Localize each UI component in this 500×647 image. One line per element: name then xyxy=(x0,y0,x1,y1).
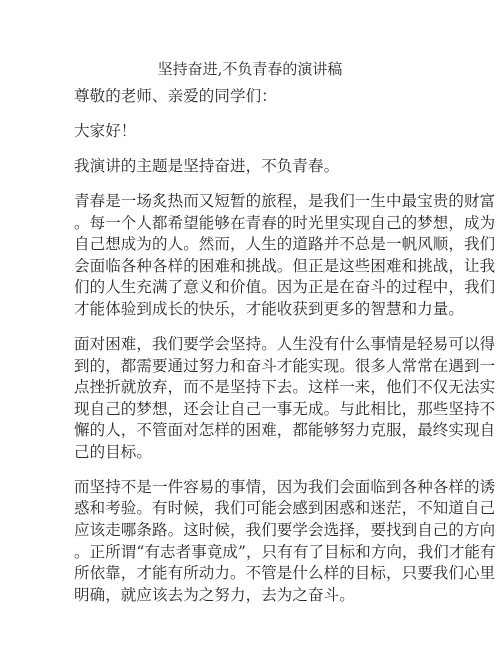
text-line: 点挫折就放弃，而不是坚持下去。这样一来，他们不仅无法实 xyxy=(74,377,430,399)
paragraph-salutation: 尊敬的老师、亲爱的同学们： xyxy=(74,86,430,108)
text-line: 才能体验到成长的快乐，才能收获到更多的智慧和力量。 xyxy=(74,299,430,321)
text-line: 大家好！ xyxy=(74,121,430,143)
text-line: 面对困难，我们要学会坚持。人生没有什么事情是轻易可以得 xyxy=(74,334,430,356)
paragraph-greeting: 大家好！ xyxy=(74,121,430,143)
paragraph-gap xyxy=(74,178,430,191)
paragraph-temptation: 而坚持不是一件容易的事情，因为我们会面临到各种各样的诱 惑和考验。有时候，我们可… xyxy=(74,477,430,607)
paragraph-persistence: 面对困难，我们要学会坚持。人生没有什么事情是轻易可以得 到的，都需要通过努力和奋… xyxy=(74,334,430,464)
document-body: 尊敬的老师、亲爱的同学们： 大家好！ 我演讲的主题是坚持奋进，不负青春。 青春是… xyxy=(74,86,430,606)
paragraph-topic: 我演讲的主题是坚持奋进，不负青春。 xyxy=(74,156,430,178)
paragraph-youth: 青春是一场炙热而又短暂的旅程，是我们一生中最宝贵的财富 。每一个人都希望能够在青… xyxy=(74,191,430,321)
text-line: 己的目标。 xyxy=(74,442,430,464)
text-line: 会面临各种各样的困难和挑战。但正是这些困难和挑战，让我 xyxy=(74,256,430,278)
paragraph-gap xyxy=(74,108,430,121)
text-line: 尊敬的老师、亲爱的同学们： xyxy=(74,86,430,108)
text-line: 青春是一场炙热而又短暂的旅程，是我们一生中最宝贵的财富 xyxy=(74,191,430,213)
paragraph-gap xyxy=(74,143,430,156)
paragraph-gap xyxy=(74,321,430,334)
document-page: 坚持奋进,不负青春的演讲稿 尊敬的老师、亲爱的同学们： 大家好！ 我演讲的主题是… xyxy=(0,0,500,647)
text-line: 自己想成为的人。然而，人生的道路并不总是一帆风顺，我们 xyxy=(74,234,430,256)
text-line: 。正所谓“有志者事竟成”，只有有了目标和方向，我们才能有 xyxy=(74,542,430,564)
text-line: 懈的人，不管面对怎样的困难，都能够努力克服，最终实现自 xyxy=(74,420,430,442)
text-line: 应该走哪条路。这时候，我们要学会选择，要找到自己的方向 xyxy=(74,520,430,542)
text-line: 现自己的梦想，还会让自己一事无成。与此相比，那些坚持不 xyxy=(74,399,430,421)
text-line: 我演讲的主题是坚持奋进，不负青春。 xyxy=(74,156,430,178)
text-line: 惑和考验。有时候，我们可能会感到困惑和迷茫，不知道自己 xyxy=(74,498,430,520)
text-line: 而坚持不是一件容易的事情，因为我们会面临到各种各样的诱 xyxy=(74,477,430,499)
paragraph-gap xyxy=(74,463,430,476)
document-title: 坚持奋进,不负青春的演讲稿 xyxy=(0,59,500,79)
text-line: 明确，就应该去为之努力，去为之奋斗。 xyxy=(74,585,430,607)
text-line: 所依靠，才能有所动力。不管是什么样的目标，只要我们心里 xyxy=(74,563,430,585)
text-line: 。每一个人都希望能够在青春的时光里实现自己的梦想，成为 xyxy=(74,213,430,235)
text-line: 们的人生充满了意义和价值。因为正是在奋斗的过程中，我们 xyxy=(74,277,430,299)
text-line: 到的，都需要通过努力和奋斗才能实现。很多人常常在遇到一 xyxy=(74,356,430,378)
